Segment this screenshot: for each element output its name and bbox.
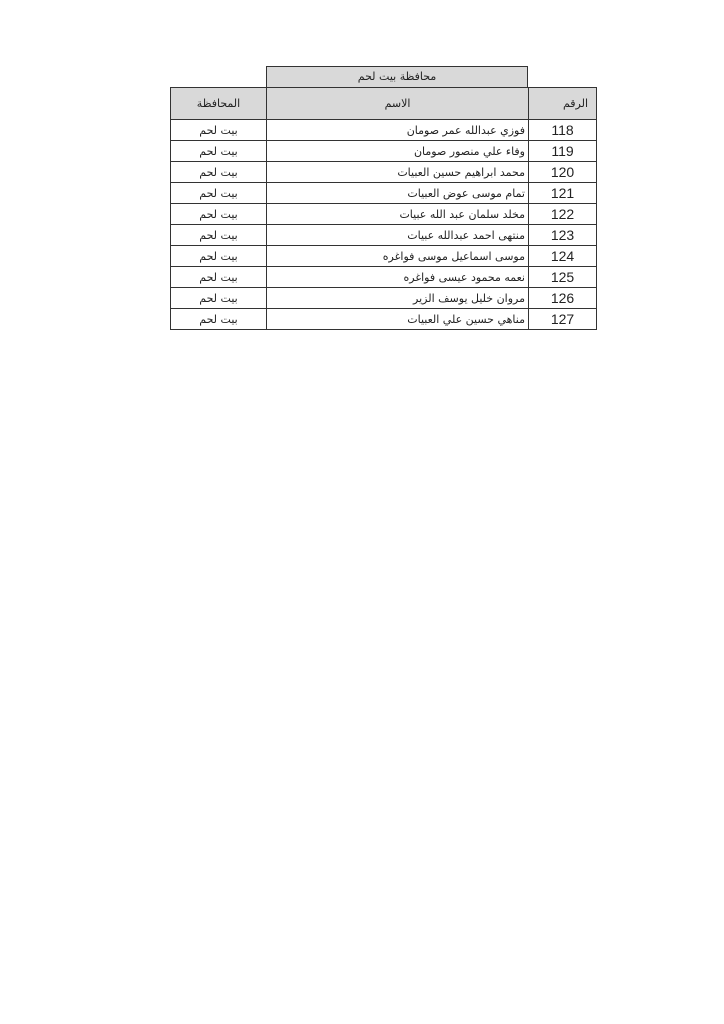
row-governorate: بيت لحم <box>171 309 267 330</box>
row-name: فوزي عبدالله عمر صومان <box>267 120 529 141</box>
row-name: نعمه محمود عيسى فواغره <box>267 267 529 288</box>
row-governorate: بيت لحم <box>171 141 267 162</box>
table-row: 123 منتهى احمد عبدالله عبيات بيت لحم <box>171 225 597 246</box>
row-number: 123 <box>529 225 597 246</box>
row-governorate: بيت لحم <box>171 246 267 267</box>
table-row: 120 محمد ابراهيم حسين العبيات بيت لحم <box>171 162 597 183</box>
row-number: 120 <box>529 162 597 183</box>
row-number: 126 <box>529 288 597 309</box>
row-name: وفاء علي منصور صومان <box>267 141 529 162</box>
row-name: مناهي حسين علي العبيات <box>267 309 529 330</box>
table-title: محافظة بيت لحم <box>266 66 528 87</box>
row-governorate: بيت لحم <box>171 120 267 141</box>
table-row: 121 تمام موسى عوض العبيات بيت لحم <box>171 183 597 204</box>
row-number: 119 <box>529 141 597 162</box>
row-governorate: بيت لحم <box>171 162 267 183</box>
header-row: الرقم الاسم المحافظة <box>171 88 597 120</box>
row-governorate: بيت لحم <box>171 183 267 204</box>
row-number: 127 <box>529 309 597 330</box>
row-number: 122 <box>529 204 597 225</box>
table-row: 124 موسى اسماعيل موسى فواغره بيت لحم <box>171 246 597 267</box>
header-name: الاسم <box>267 88 529 120</box>
row-number: 124 <box>529 246 597 267</box>
row-governorate: بيت لحم <box>171 225 267 246</box>
row-name: مروان خليل يوسف الزير <box>267 288 529 309</box>
table-row: 127 مناهي حسين علي العبيات بيت لحم <box>171 309 597 330</box>
table-row: 125 نعمه محمود عيسى فواغره بيت لحم <box>171 267 597 288</box>
table-row: 126 مروان خليل يوسف الزير بيت لحم <box>171 288 597 309</box>
row-number: 125 <box>529 267 597 288</box>
table-row: 119 وفاء علي منصور صومان بيت لحم <box>171 141 597 162</box>
row-governorate: بيت لحم <box>171 267 267 288</box>
header-governorate: المحافظة <box>171 88 267 120</box>
table-row: 118 فوزي عبدالله عمر صومان بيت لحم <box>171 120 597 141</box>
roster-table: الرقم الاسم المحافظة 118 فوزي عبدالله عم… <box>170 87 597 330</box>
row-name: محمد ابراهيم حسين العبيات <box>267 162 529 183</box>
row-governorate: بيت لحم <box>171 204 267 225</box>
header-number: الرقم <box>529 88 597 120</box>
row-governorate: بيت لحم <box>171 288 267 309</box>
row-name: منتهى احمد عبدالله عبيات <box>267 225 529 246</box>
row-number: 118 <box>529 120 597 141</box>
row-number: 121 <box>529 183 597 204</box>
table-row: 122 مخلد سلمان عبد الله عبيات بيت لحم <box>171 204 597 225</box>
row-name: مخلد سلمان عبد الله عبيات <box>267 204 529 225</box>
row-name: موسى اسماعيل موسى فواغره <box>267 246 529 267</box>
row-name: تمام موسى عوض العبيات <box>267 183 529 204</box>
